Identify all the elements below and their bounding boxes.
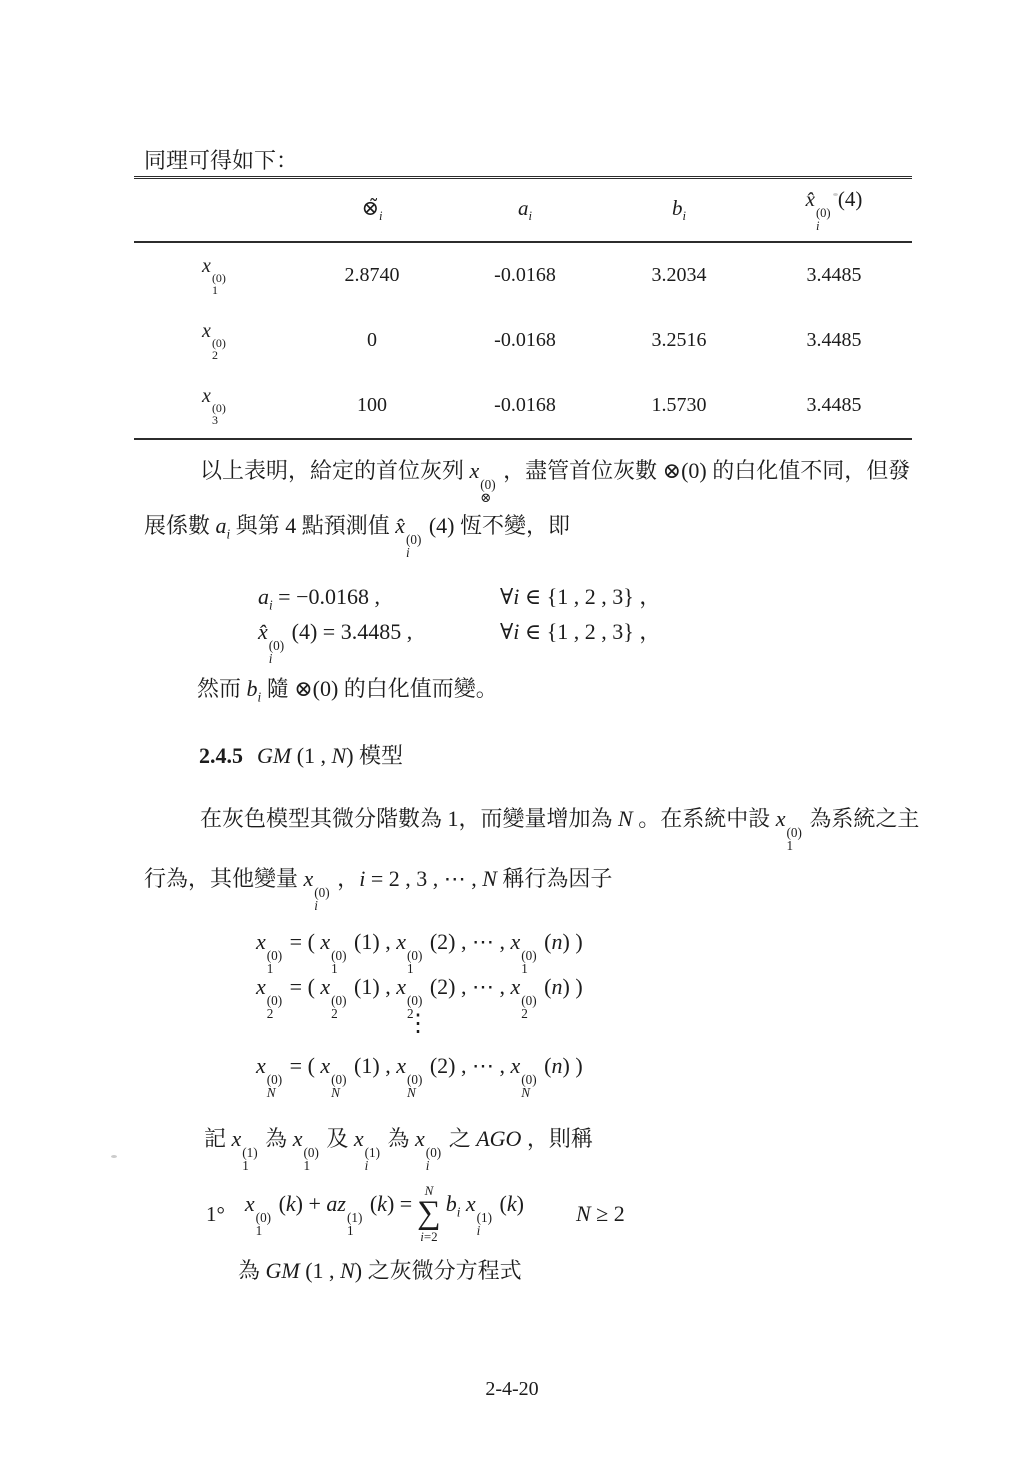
cell-omega: 2.8740	[296, 242, 448, 308]
equation-condition: ∀i ∈ {1 , 2 , 3} ，	[500, 613, 661, 651]
cell-xhat4: 3.4485	[756, 308, 912, 373]
sum-lower-limit: i=2	[420, 1230, 437, 1244]
document-page: 同理可得如下： ⊗̃i ai bi x̂(0)i (4) x(0)1 2.874…	[0, 0, 1024, 1473]
b-varies-line: 然而 bi 隨 ⊗(0) 的白化值而變。	[197, 674, 498, 712]
findings-paragraph-line2: 展係數 ai 與第 4 點預測值 x̂(0)i (4) 恆不變，即	[144, 511, 570, 560]
table-row: x(0)2 0 -0.0168 3.2516 3.4485	[134, 308, 912, 373]
equation-rhs: bi x(1)i (k)	[446, 1191, 524, 1238]
col-header-xhat4: x̂(0)i (4)	[756, 178, 912, 243]
col-header-a: ai	[448, 178, 602, 243]
grey-differential-equation: 1° x(0)1 (k) + az(1)1 (k) = N ∑ i=2 bi x…	[206, 1174, 625, 1254]
section-title: GM (1 , N) 模型	[257, 743, 403, 768]
page-number: 2-4-20	[0, 1378, 1024, 1401]
invariance-equation-xhat: x̂(0)i (4) = 3.4485 , ∀i ∈ {1 , 2 , 3} ，	[258, 613, 818, 666]
sequence-eq-xN: x(0)N = ( x(0)N (1) , x(0)N (2) , ⋯ , x(…	[256, 1051, 583, 1100]
table-header-row: ⊗̃i ai bi x̂(0)i (4)	[134, 178, 912, 243]
col-header-b: bi	[602, 178, 756, 243]
col-header-omega: ⊗̃i	[296, 178, 448, 243]
intro-line: 同理可得如下：	[144, 146, 298, 176]
equation-marker: 1°	[206, 1202, 225, 1227]
cell-a: -0.0168	[448, 308, 602, 373]
cell-a: -0.0168	[448, 242, 602, 308]
scan-artifact	[833, 193, 838, 196]
row-label: x(0)2	[134, 308, 296, 373]
cell-a: -0.0168	[448, 373, 602, 439]
sigma-icon: ∑	[417, 1198, 441, 1229]
equation-condition: ∀i ∈ {1 , 2 , 3} ，	[500, 578, 661, 616]
gm11-results-table: ⊗̃i ai bi x̂(0)i (4) x(0)1 2.8740 -0.016…	[134, 176, 912, 440]
vertical-dots: ⋮	[406, 1012, 430, 1036]
cell-omega: 100	[296, 373, 448, 439]
equation-lhs: x̂(0)i (4) = 3.4485 ,	[258, 619, 412, 644]
findings-paragraph-line1: 以上表明，給定的首位灰列 x(0)⊗ ，盡管首位灰數 ⊗(0) 的白化值不同，但…	[200, 456, 910, 505]
sequence-eq-x1: x(0)1 = ( x(0)1 (1) , x(0)1 (2) , ⋯ , x(…	[256, 927, 583, 976]
scan-artifact	[111, 1155, 117, 1158]
summation: N ∑ i=2	[417, 1184, 441, 1244]
equation-lhs: x(0)1 (k) + az(1)1 (k) =	[245, 1191, 412, 1238]
closing-line: 為 GM (1 , N) 之灰微分方程式	[238, 1256, 522, 1286]
section-number: 2.4.5	[199, 743, 243, 768]
equation-lhs: ai = −0.0168 ,	[258, 584, 380, 609]
row-label: x(0)1	[134, 242, 296, 308]
section-heading: 2.4.5GM (1 , N) 模型	[199, 741, 403, 771]
cell-b: 1.5730	[602, 373, 756, 439]
cell-b: 3.2516	[602, 308, 756, 373]
model-paragraph-line1: 在灰色模型其微分階數為 1，而變量增加為 N 。在系統中設 x(0)1 為系統之…	[200, 804, 919, 853]
ago-definition-line: 記 x(1)1 為 x(0)1 及 x(1)i 為 x(0)i 之 AGO ，則…	[204, 1124, 593, 1173]
cell-xhat4: 3.4485	[756, 242, 912, 308]
cell-b: 3.2034	[602, 242, 756, 308]
row-label: x(0)3	[134, 373, 296, 439]
table-row: x(0)3 100 -0.0168 1.5730 3.4485	[134, 373, 912, 439]
cell-omega: 0	[296, 308, 448, 373]
equation-condition: N ≥ 2	[576, 1201, 625, 1227]
table-row: x(0)1 2.8740 -0.0168 3.2034 3.4485	[134, 242, 912, 308]
model-paragraph-line2: 行為，其他變量 x(0)i ，i = 2 , 3 , ⋯ , N 稱行為因子	[144, 864, 612, 913]
cell-xhat4: 3.4485	[756, 373, 912, 439]
corner-cell	[134, 178, 296, 243]
